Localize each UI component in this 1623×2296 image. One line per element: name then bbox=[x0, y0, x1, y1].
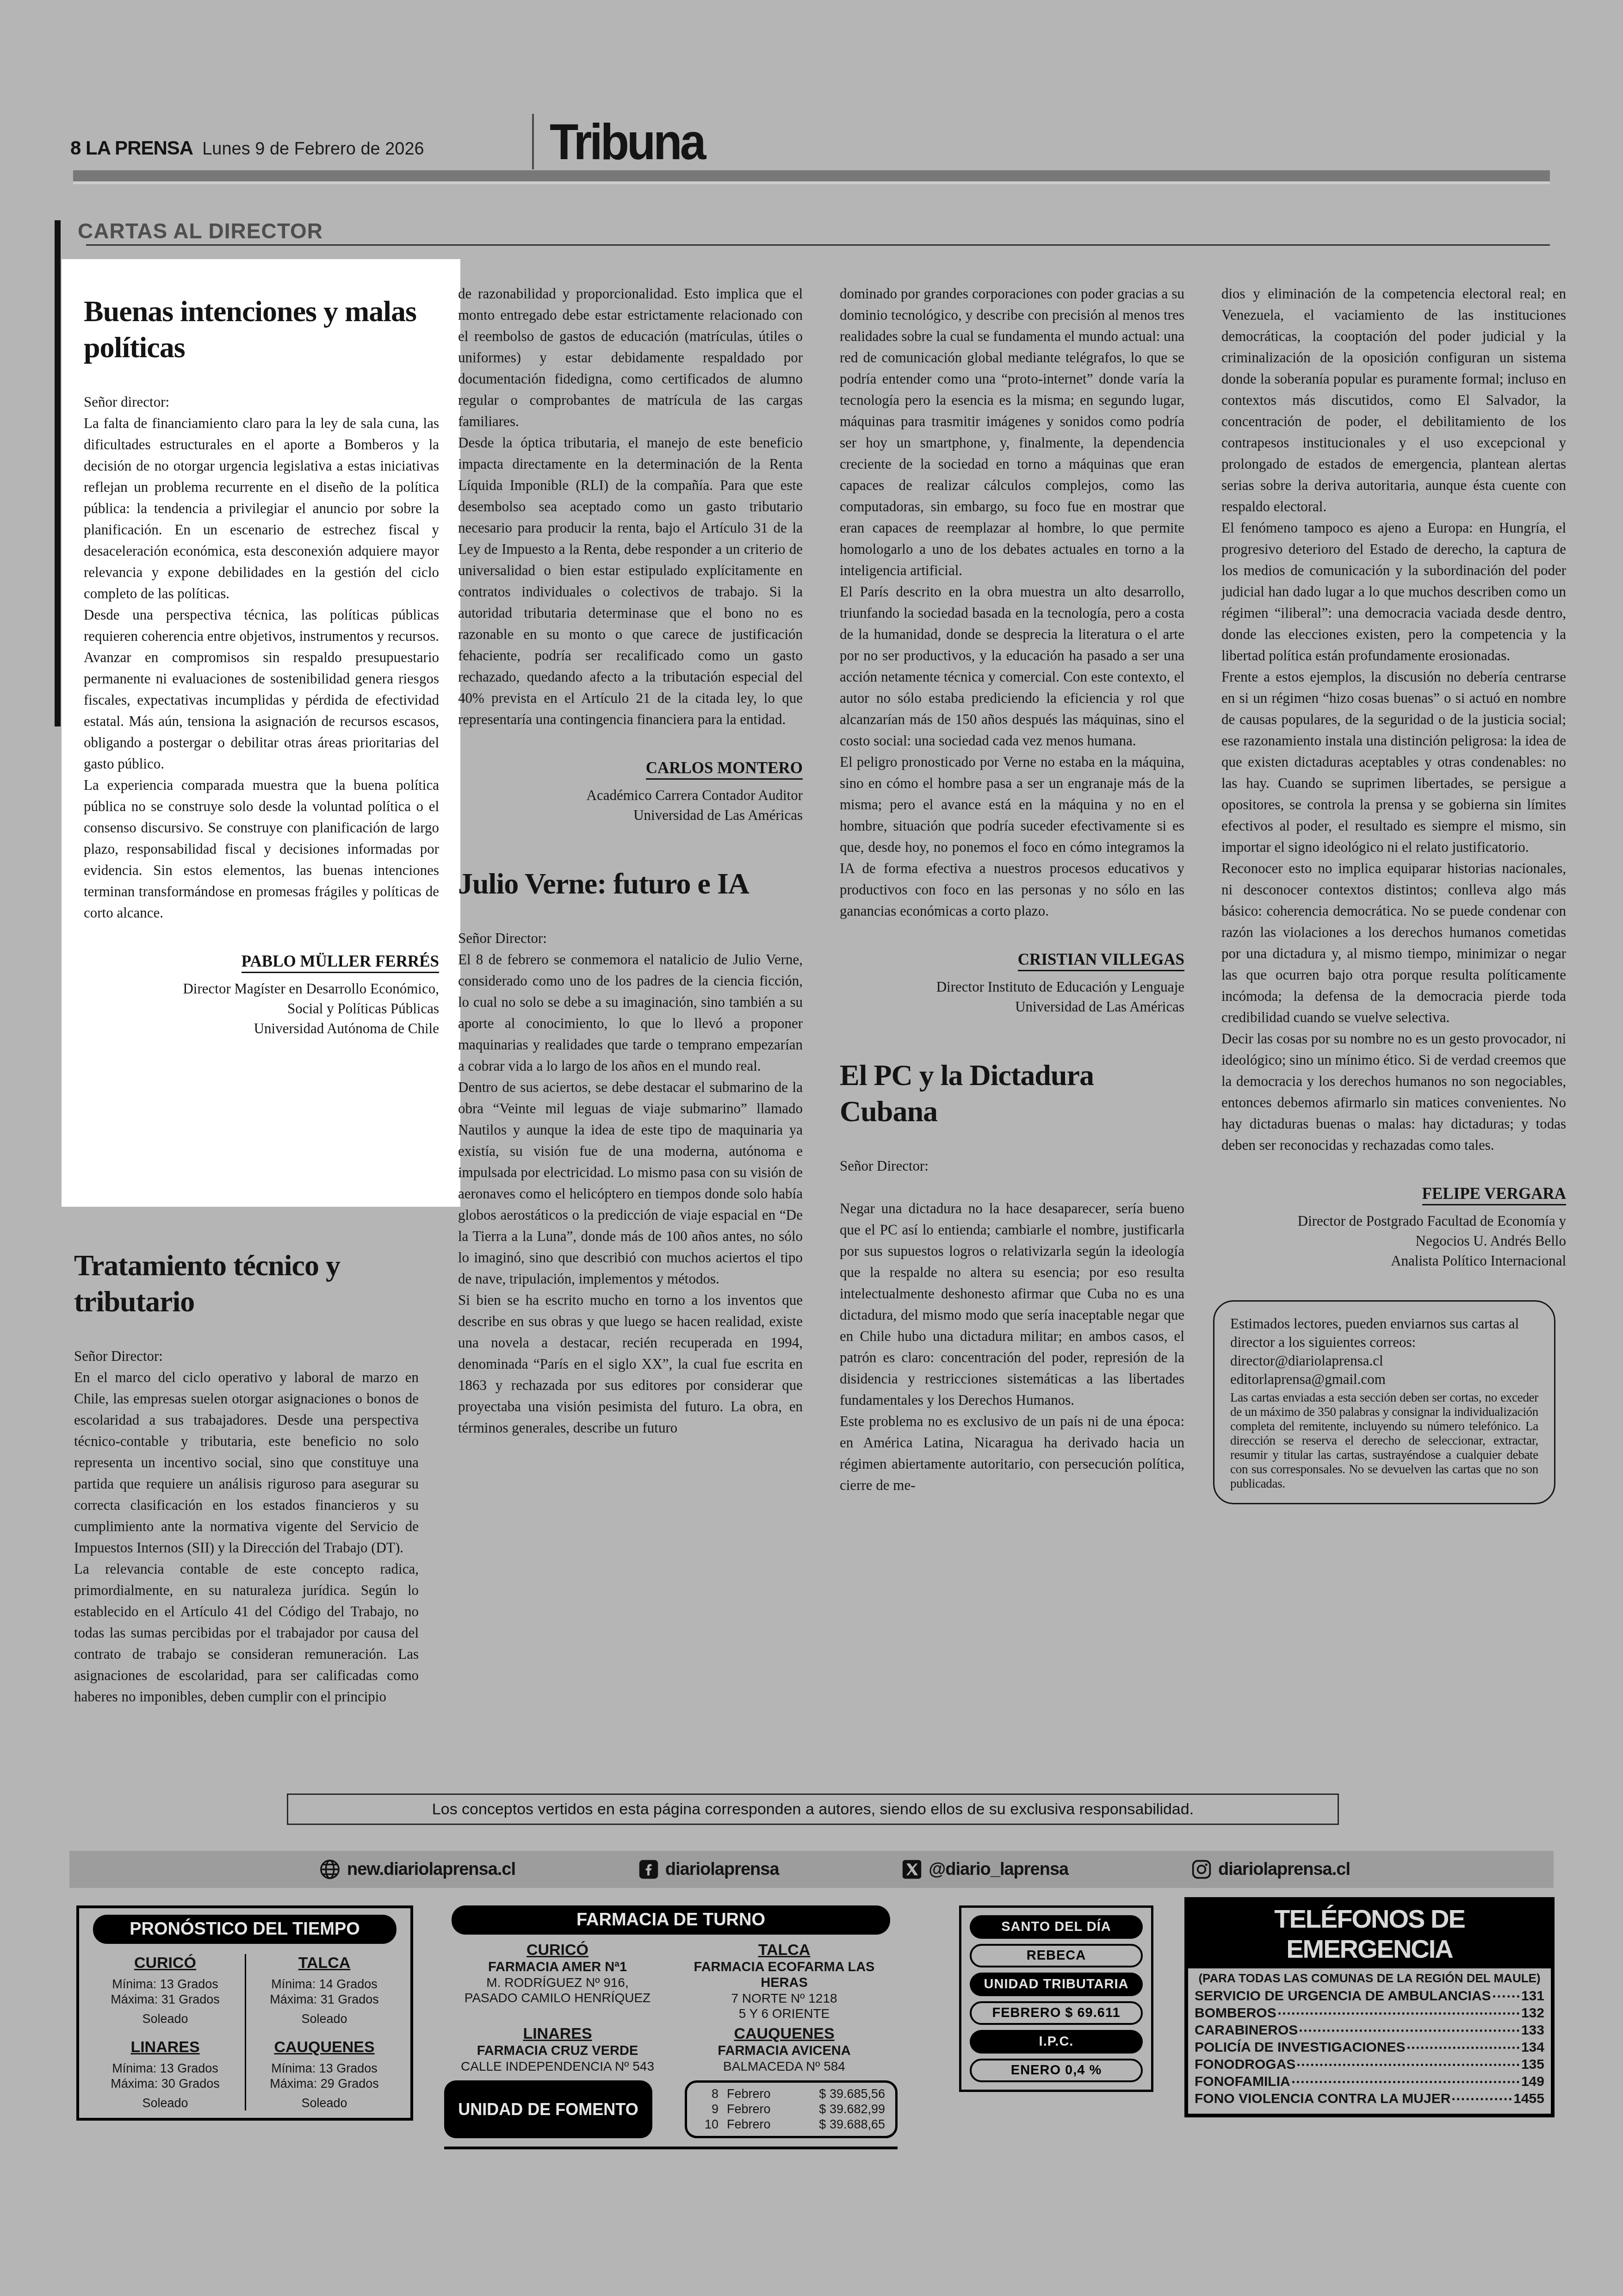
santo-title: SANTO DEL DÍA bbox=[970, 1915, 1143, 1939]
contact-email: editorlaprensa@gmail.com bbox=[1230, 1370, 1538, 1389]
santo-value: REBECA bbox=[970, 1944, 1143, 1967]
column-3: dominado por grandes corporaciones con p… bbox=[840, 283, 1184, 1496]
reader-box-intro: Estimados lectores, pueden enviarnos sus… bbox=[1230, 1315, 1538, 1352]
emergency-row: POLICÍA DE INVESTIGACIONES 134 bbox=[1195, 2039, 1544, 2056]
reader-submission-box: Estimados lectores, pueden enviarnos sus… bbox=[1213, 1300, 1555, 1504]
website-link: new.diariolaprensa.cl bbox=[319, 1859, 515, 1880]
ipc-value: ENERO 0,4 % bbox=[970, 2059, 1143, 2082]
column-2: de razonabilidad y proporcionalidad. Est… bbox=[458, 283, 803, 1439]
letter-signature: FELIPE VERGARA Director de Postgrado Fac… bbox=[1221, 1185, 1566, 1271]
weather-forecast-box: PRONÓSTICO DEL TIEMPO CURICÓ Mínima: 13 … bbox=[76, 1905, 413, 2121]
emergency-row: CARABINEROS 133 bbox=[1195, 2022, 1544, 2039]
utm-value: FEBRERO $ 69.611 bbox=[970, 2001, 1143, 2025]
letter-title: Julio Verne: futuro e IA bbox=[458, 866, 803, 902]
letter-salutation: Señor Director: bbox=[458, 928, 803, 949]
masthead: 8 LA PRENSA Lunes 9 de Febrero de 2026 bbox=[70, 137, 424, 159]
disclaimer-text: Los conceptos vertidos en esta página co… bbox=[432, 1800, 1194, 1818]
letter-body-continued: de razonabilidad y proporcionalidad. Est… bbox=[458, 283, 803, 730]
emergency-phones-box: TELÉFONOS DE EMERGENCIA (PARA TODAS LAS … bbox=[1184, 1897, 1555, 2117]
column-1: Buenas intenciones y malas políticas Señ… bbox=[74, 259, 419, 1707]
signature-role: Universidad de Las Américas bbox=[840, 997, 1184, 1017]
letter-4-start: El PC y la Dictadura Cubana Señor Direct… bbox=[840, 1057, 1184, 1496]
section-title: Tribuna bbox=[550, 113, 704, 171]
edition-page-brand: 8 LA PRENSA bbox=[70, 137, 193, 159]
signature-role: Director de Postgrado Facultad de Econom… bbox=[1221, 1211, 1566, 1231]
letter-title: Tratamiento técnico y tributario bbox=[74, 1247, 419, 1320]
dotted-leader bbox=[1292, 2081, 1519, 2083]
emergency-list: (PARA TODAS LAS COMUNAS DE LA REGIÓN DEL… bbox=[1188, 1968, 1551, 2114]
uf-section: UNIDAD DE FOMENTO 8 Febrero $ 39.685,56 … bbox=[444, 2080, 898, 2138]
pharmacy-entry: CAUQUENES FARMACIA AVICENA BALMACEDA Nº … bbox=[671, 2025, 898, 2074]
letter-body-continued: dios y eliminación de la competencia ele… bbox=[1221, 283, 1566, 1156]
weather-city: CAUQUENES Mínima: 13 Grados Máxima: 29 G… bbox=[245, 2038, 404, 2110]
emergency-subtitle: (PARA TODAS LAS COMUNAS DE LA REGIÓN DEL… bbox=[1195, 1971, 1544, 1986]
masthead-divider bbox=[532, 114, 534, 169]
ipc-title: I.P.C. bbox=[970, 2030, 1143, 2054]
letter-3-start: Julio Verne: futuro e IA Señor Director:… bbox=[458, 866, 803, 1439]
weather-grid: CURICÓ Mínima: 13 Grados Máxima: 31 Grad… bbox=[86, 1954, 404, 2110]
x-icon bbox=[902, 1859, 922, 1880]
weather-city: CURICÓ Mínima: 13 Grados Máxima: 31 Grad… bbox=[86, 1954, 245, 2026]
signature-role: Director Magíster en Desarrollo Económic… bbox=[84, 979, 439, 999]
letter-highlight-box: Buenas intenciones y malas políticas Señ… bbox=[62, 259, 460, 1207]
pharmacy-title: FARMACIA DE TURNO bbox=[452, 1905, 890, 1935]
weather-title: PRONÓSTICO DEL TIEMPO bbox=[93, 1915, 396, 1944]
column-4: dios y eliminación de la competencia ele… bbox=[1221, 283, 1566, 1504]
signature-name: PABLO MÜLLER FERRÉS bbox=[242, 952, 439, 973]
instagram-link: diariolaprensa.cl bbox=[1191, 1859, 1350, 1880]
emergency-row: SERVICIO DE URGENCIA DE AMBULANCIAS 131 bbox=[1195, 1987, 1544, 2004]
x-twitter-link: @diario_laprensa bbox=[902, 1859, 1068, 1880]
dotted-leader bbox=[1300, 2029, 1519, 2032]
weather-city: TALCA Mínima: 14 Grados Máxima: 31 Grado… bbox=[245, 1954, 404, 2026]
heading-rule bbox=[86, 244, 1550, 246]
uf-row: 10 Febrero $ 39.688,65 bbox=[697, 2117, 885, 2132]
dotted-leader bbox=[1297, 2064, 1519, 2066]
disclaimer-bar: Los conceptos vertidos en esta página co… bbox=[287, 1793, 1339, 1825]
uf-label: UNIDAD DE FOMENTO bbox=[444, 2080, 652, 2138]
uf-row: 9 Febrero $ 39.682,99 bbox=[697, 2102, 885, 2117]
pharmacy-on-duty-box: FARMACIA DE TURNO CURICÓ FARMACIA AMER N… bbox=[444, 1905, 898, 2149]
weather-city: LINARES Mínima: 13 Grados Máxima: 30 Gra… bbox=[86, 2038, 245, 2110]
letter-signature: CRISTIAN VILLEGAS Director Instituto de … bbox=[840, 950, 1184, 1017]
dotted-leader bbox=[1407, 2047, 1519, 2049]
facebook-icon bbox=[638, 1859, 659, 1880]
pharmacy-entry: CURICÓ FARMACIA AMER Nª1 M. RODRÍGUEZ Nº… bbox=[444, 1941, 671, 2021]
reader-box-rules: Las cartas enviadas a esta sección deben… bbox=[1230, 1390, 1538, 1491]
cartas-heading: CARTAS AL DIRECTOR bbox=[78, 218, 323, 243]
pharmacy-grid: CURICÓ FARMACIA AMER Nª1 M. RODRÍGUEZ Nº… bbox=[444, 1941, 898, 2074]
globe-icon bbox=[319, 1859, 341, 1880]
signature-role: Universidad de Las Américas bbox=[458, 805, 803, 825]
letter-body: Negar una dictadura no la hace desaparec… bbox=[840, 1198, 1184, 1496]
signature-name: CARLOS MONTERO bbox=[646, 759, 803, 780]
letter-title: Buenas intenciones y malas políticas bbox=[84, 293, 439, 366]
uf-table: 8 Febrero $ 39.685,56 9 Febrero $ 39.682… bbox=[685, 2080, 898, 2138]
letters-content: Buenas intenciones y malas políticas Señ… bbox=[74, 259, 1573, 1791]
letter-salutation: Señor director: bbox=[84, 391, 439, 413]
letter-body-continued: dominado por grandes corporaciones con p… bbox=[840, 283, 1184, 922]
pharmacy-entry: TALCA FARMACIA ECOFARMA LAS HERAS 7 NORT… bbox=[671, 1941, 898, 2021]
emergency-title: TELÉFONOS DE EMERGENCIA bbox=[1188, 1901, 1551, 1968]
header-rule-bar bbox=[73, 170, 1550, 184]
emergency-row: BOMBEROS 132 bbox=[1195, 2004, 1544, 2022]
letter-signature: CARLOS MONTERO Académico Carrera Contado… bbox=[458, 759, 803, 825]
issue-date: Lunes 9 de Febrero de 2026 bbox=[202, 139, 424, 159]
signature-name: CRISTIAN VILLEGAS bbox=[1018, 950, 1184, 971]
newspaper-page: 8 LA PRENSA Lunes 9 de Febrero de 2026 T… bbox=[0, 0, 1623, 2296]
signature-name: FELIPE VERGARA bbox=[1422, 1185, 1566, 1205]
signature-role: Analista Político Internacional bbox=[1221, 1251, 1566, 1271]
emergency-row: FONO VIOLENCIA CONTRA LA MUJER 1455 bbox=[1195, 2090, 1544, 2107]
letter-title: El PC y la Dictadura Cubana bbox=[840, 1057, 1184, 1129]
signature-role: Negocios U. Andrés Bello bbox=[1221, 1231, 1566, 1251]
utm-title: UNIDAD TRIBUTARIA bbox=[970, 1973, 1143, 1996]
letter-body: En el marco del ciclo operativo y labora… bbox=[74, 1367, 419, 1707]
daily-indicators-box: SANTO DEL DÍA REBECA UNIDAD TRIBUTARIA F… bbox=[959, 1905, 1153, 2092]
signature-role: Director Instituto de Educación y Lengua… bbox=[840, 977, 1184, 997]
dotted-leader bbox=[1278, 2012, 1519, 2015]
signature-role: Académico Carrera Contador Auditor bbox=[458, 785, 803, 805]
emergency-row: FONODROGAS 135 bbox=[1195, 2056, 1544, 2073]
dotted-leader bbox=[1452, 2098, 1511, 2100]
social-bar: new.diariolaprensa.cl diariolaprensa @di… bbox=[69, 1851, 1554, 1888]
uf-row: 8 Febrero $ 39.685,56 bbox=[697, 2086, 885, 2102]
signature-role: Universidad Autónoma de Chile bbox=[84, 1018, 439, 1038]
letter-salutation: Señor Director: bbox=[74, 1346, 419, 1367]
dotted-leader bbox=[1493, 1995, 1519, 1998]
signature-role: Social y Políticas Públicas bbox=[84, 999, 439, 1018]
letter-signature: PABLO MÜLLER FERRÉS Director Magíster en… bbox=[84, 952, 439, 1038]
letter-2-start: Tratamiento técnico y tributario Señor D… bbox=[74, 1247, 419, 1707]
letter-body: La falta de financiamiento claro para la… bbox=[84, 413, 439, 924]
section-accent-bar bbox=[55, 220, 61, 726]
letter-body: El 8 de febrero se conmemora el natalici… bbox=[458, 949, 803, 1439]
instagram-icon bbox=[1191, 1859, 1212, 1880]
emergency-row: FONOFAMILIA 149 bbox=[1195, 2073, 1544, 2090]
letter-salutation: Señor Director: bbox=[840, 1155, 1184, 1177]
facebook-link: diariolaprensa bbox=[638, 1859, 779, 1880]
contact-email: director@diariolaprensa.cl bbox=[1230, 1352, 1538, 1370]
pharmacy-entry: LINARES FARMACIA CRUZ VERDE CALLE INDEPE… bbox=[444, 2025, 671, 2074]
